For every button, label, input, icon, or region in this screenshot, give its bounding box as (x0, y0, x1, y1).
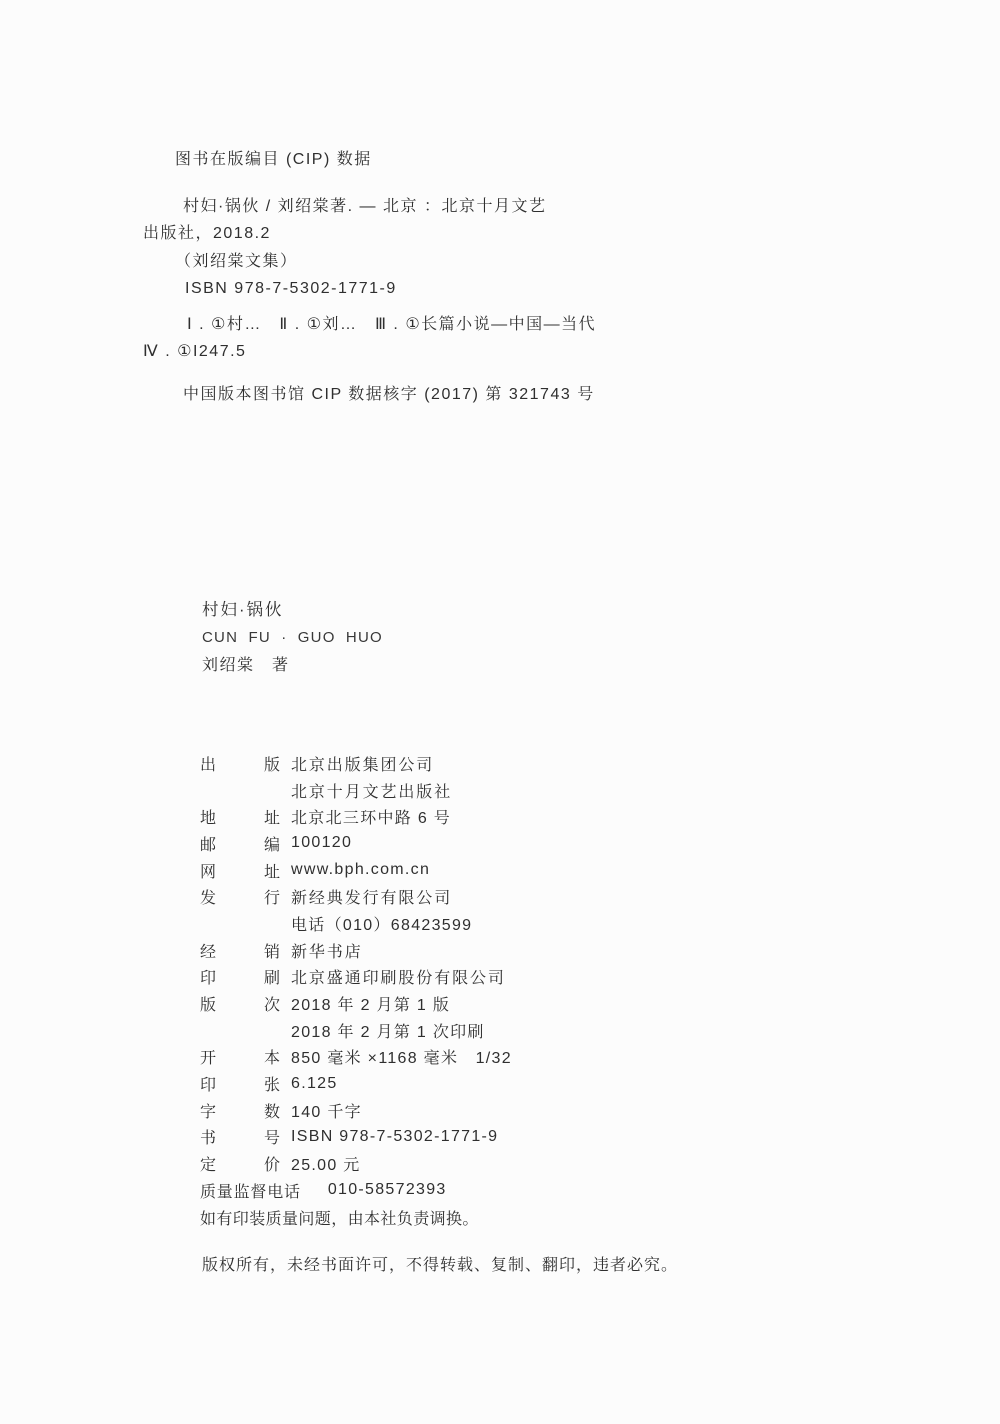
colophon-label: 发行 (200, 885, 280, 908)
cip-classification-line-1: Ⅰ . ①村… Ⅱ . ①刘… Ⅲ . ①长篇小说—中国—当代 (143, 311, 743, 339)
cip-isbn: ISBN 978-7-5302-1771-9 (143, 275, 743, 303)
quality-hotline-number: 010-58572393 (328, 1181, 447, 1199)
colophon-value: www.bph.com.cn (291, 861, 430, 879)
colophon-label: 印刷 (200, 965, 280, 988)
colophon-row-isbn: 书号 ISBN 978-7-5302-1771-9 (200, 1124, 512, 1151)
colophon-label: 网址 (200, 859, 280, 882)
colophon-value: 25.00 元 (291, 1152, 361, 1175)
quality-hotline-row: 质量监督电话 010-58572393 (200, 1177, 512, 1204)
colophon-label: 定价 (200, 1152, 280, 1175)
colophon-value: 北京盛通印刷股份有限公司 (291, 965, 506, 988)
colophon-row-publisher-cont: 北京十月文艺出版社 (200, 777, 512, 804)
colophon-row-postcode: 邮编 100120 (200, 830, 512, 857)
colophon-value: 电话（010）68423599 (291, 912, 472, 935)
colophon-value: 6.125 (291, 1075, 338, 1093)
cip-classification-line-2: Ⅳ . ①I247.5 (143, 338, 743, 366)
colophon-value: 北京十月文艺出版社 (291, 779, 452, 802)
colophon-value: 新经典发行有限公司 (291, 885, 452, 908)
colophon-label: 经销 (200, 939, 280, 962)
colophon-label: 地址 (200, 805, 280, 828)
book-title-pinyin: CUN FU · GUO HUO (202, 624, 383, 651)
colophon-row-price: 定价 25.00 元 (200, 1150, 512, 1177)
colophon-value: 新华书店 (291, 939, 363, 962)
colophon-label: 开本 (200, 1045, 280, 1068)
colophon-section: 出版 北京出版集团公司 北京十月文艺出版社 地址 北京北三环中路 6 号 邮编 … (200, 750, 512, 1230)
copyright-page: 图书在版编目 (CIP) 数据 村妇·锅伙 / 刘绍棠著. — 北京 ：北京十月… (0, 0, 1000, 1424)
colophon-value: 北京出版集团公司 (291, 752, 434, 775)
cip-series: （刘绍棠文集） (143, 248, 743, 276)
colophon-label: 版次 (200, 992, 280, 1015)
colophon-value: 100120 (291, 834, 352, 852)
colophon-label: 邮编 (200, 832, 280, 855)
colophon-label: 字数 (200, 1099, 280, 1122)
colophon-row-publisher: 出版 北京出版集团公司 (200, 750, 512, 777)
quality-hotline-label: 质量监督电话 (200, 1179, 301, 1202)
title-block: 村妇·锅伙 CUN FU · GUO HUO 刘绍棠 著 (202, 597, 383, 679)
cip-record-number: 中国版本图书馆 CIP 数据核字 (2017) 第 321743 号 (143, 381, 743, 409)
colophon-row-format: 开本 850 毫米 ×1168 毫米 1/32 (200, 1044, 512, 1071)
colophon-value: ISBN 978-7-5302-1771-9 (291, 1128, 498, 1146)
colophon-value: 2018 年 2 月第 1 版 (291, 992, 450, 1015)
book-author: 刘绍棠 著 (202, 652, 383, 679)
colophon-row-distributor-phone: 电话（010）68423599 (200, 910, 512, 937)
colophon-value: 北京北三环中路 6 号 (291, 805, 451, 828)
quality-note: 如有印装质量问题，由本社负责调换。 (200, 1204, 512, 1231)
cip-heading: 图书在版编目 (CIP) 数据 (143, 146, 743, 174)
cip-entry-line-1: 村妇·锅伙 / 刘绍棠著. — 北京 ：北京十月文艺 (143, 193, 743, 221)
colophon-value: 850 毫米 ×1168 毫米 1/32 (291, 1045, 512, 1068)
colophon-row-printing: 2018 年 2 月第 1 次印刷 (200, 1017, 512, 1044)
colophon-label: 出版 (200, 752, 280, 775)
colophon-row-printer: 印刷 北京盛通印刷股份有限公司 (200, 964, 512, 991)
cip-entry-line-2: 出版社，2018.2 (143, 220, 743, 248)
book-title: 村妇·锅伙 (202, 597, 383, 624)
colophon-row-address: 地址 北京北三环中路 6 号 (200, 803, 512, 830)
colophon-row-retailer: 经销 新华书店 (200, 937, 512, 964)
copyright-notice: 版权所有，未经书面许可，不得转载、复制、翻印，违者必究。 (202, 1252, 678, 1275)
colophon-label: 书号 (200, 1125, 280, 1148)
colophon-row-distributor: 发行 新经典发行有限公司 (200, 883, 512, 910)
colophon-value: 2018 年 2 月第 1 次印刷 (291, 1019, 485, 1042)
colophon-row-website: 网址 www.bph.com.cn (200, 857, 512, 884)
cip-section: 图书在版编目 (CIP) 数据 村妇·锅伙 / 刘绍棠著. — 北京 ：北京十月… (143, 146, 743, 408)
colophon-label: 印张 (200, 1072, 280, 1095)
colophon-row-sheets: 印张 6.125 (200, 1070, 512, 1097)
colophon-row-edition: 版次 2018 年 2 月第 1 版 (200, 990, 512, 1017)
colophon-row-wordcount: 字数 140 千字 (200, 1097, 512, 1124)
colophon-value: 140 千字 (291, 1099, 362, 1122)
